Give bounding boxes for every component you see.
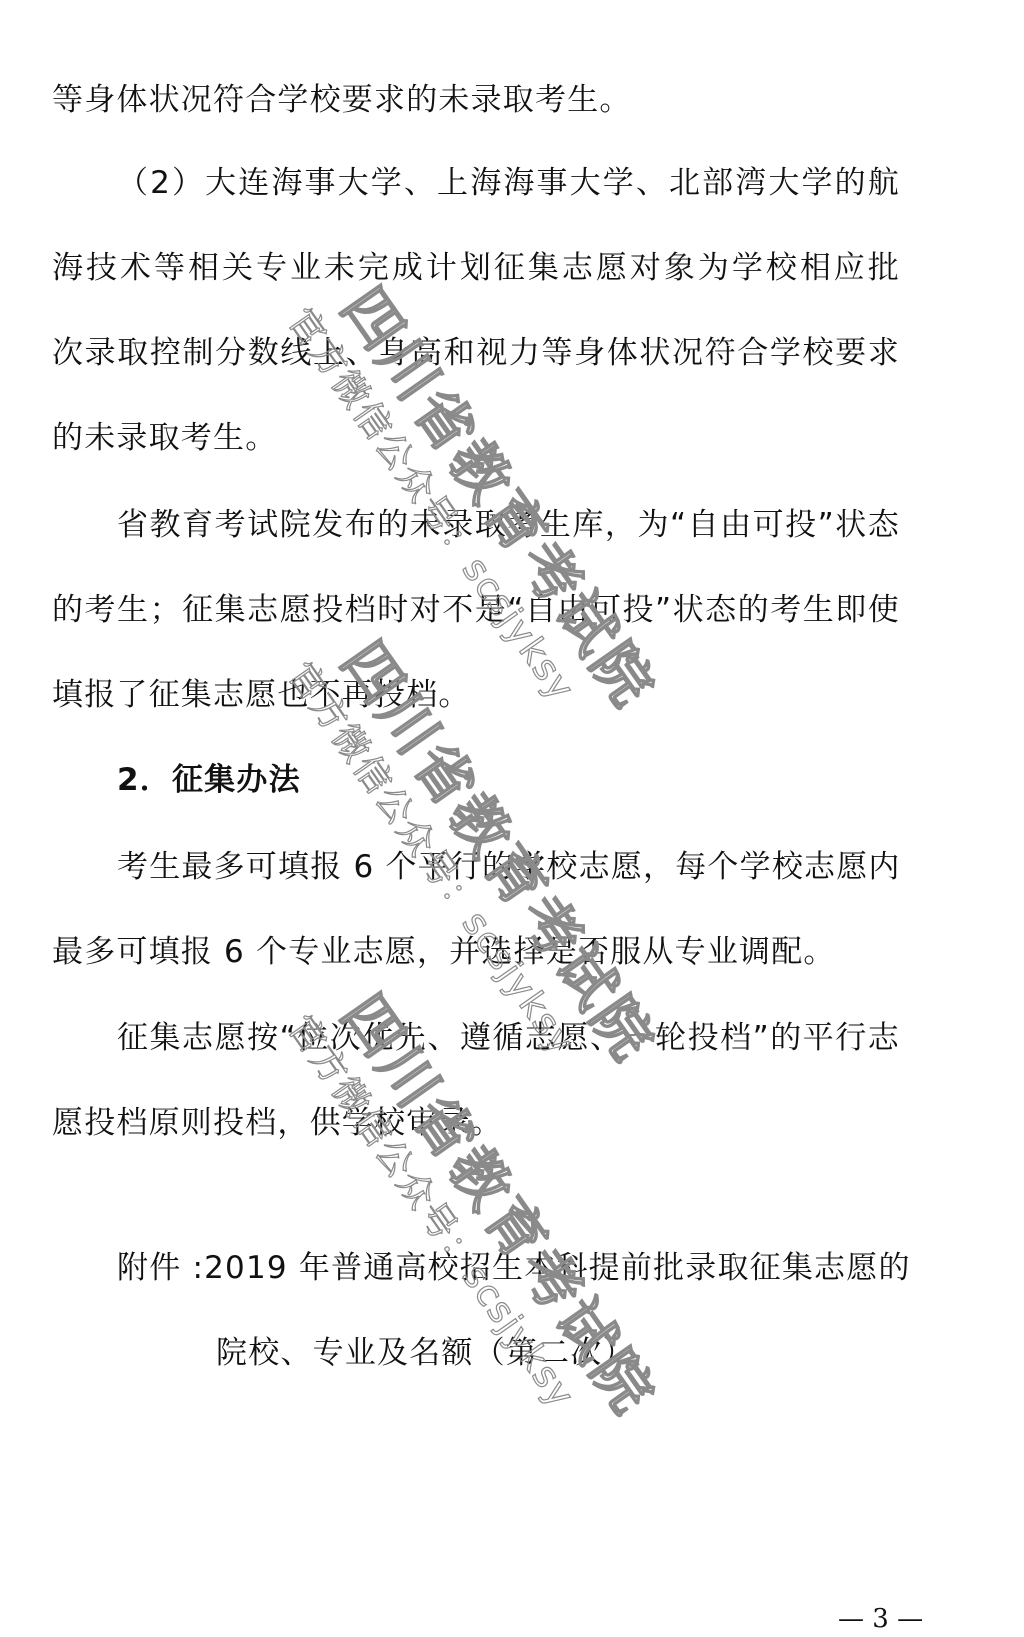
paragraph-line-2: （2）大连海事大学、上海海事大学、北部湾大学的航 <box>117 163 900 203</box>
document-page: 等身体状况符合学校要求的未录取考生。 （2）大连海事大学、上海海事大学、北部湾大… <box>0 0 1024 1637</box>
paragraph-line-11: 征集志愿按“位次优先、遵循志愿、一轮投档”的平行志 <box>117 1018 900 1058</box>
paragraph-line-10: 最多可填报 6 个专业志愿，并选择是否服从专业调配。 <box>52 932 922 972</box>
paragraph-line-6: 省教育考试院发布的未录取考生库，为“自由可投”状态 <box>117 505 900 545</box>
attachment-line-1: 附件 :2019 年普通高校招生本科提前批录取征集志愿的 <box>117 1248 900 1288</box>
attachment-line-2: 院校、专业及名额（第二次） <box>216 1333 1024 1373</box>
paragraph-line-5: 的未录取考生。 <box>52 418 922 458</box>
paragraph-line-9: 考生最多可填报 6 个平行的学校志愿，每个学校志愿内 <box>117 847 900 887</box>
paragraph-line-3: 海技术等相关专业未完成计划征集志愿对象为学校相应批 <box>52 248 900 288</box>
section-heading: 2．征集办法 <box>117 760 987 800</box>
paragraph-line-4: 次录取控制分数线上、身高和视力等身体状况符合学校要求 <box>52 333 900 373</box>
paragraph-line-8: 填报了征集志愿也不再投档。 <box>52 675 922 715</box>
paragraph-line-1: 等身体状况符合学校要求的未录取考生。 <box>52 80 922 120</box>
paragraph-line-7: 的考生；征集志愿投档时对不是“自由可投”状态的考生即使 <box>52 590 900 630</box>
page-number: — 3 — <box>838 1604 923 1634</box>
paragraph-line-12: 愿投档原则投档，供学校审录。 <box>52 1103 922 1143</box>
